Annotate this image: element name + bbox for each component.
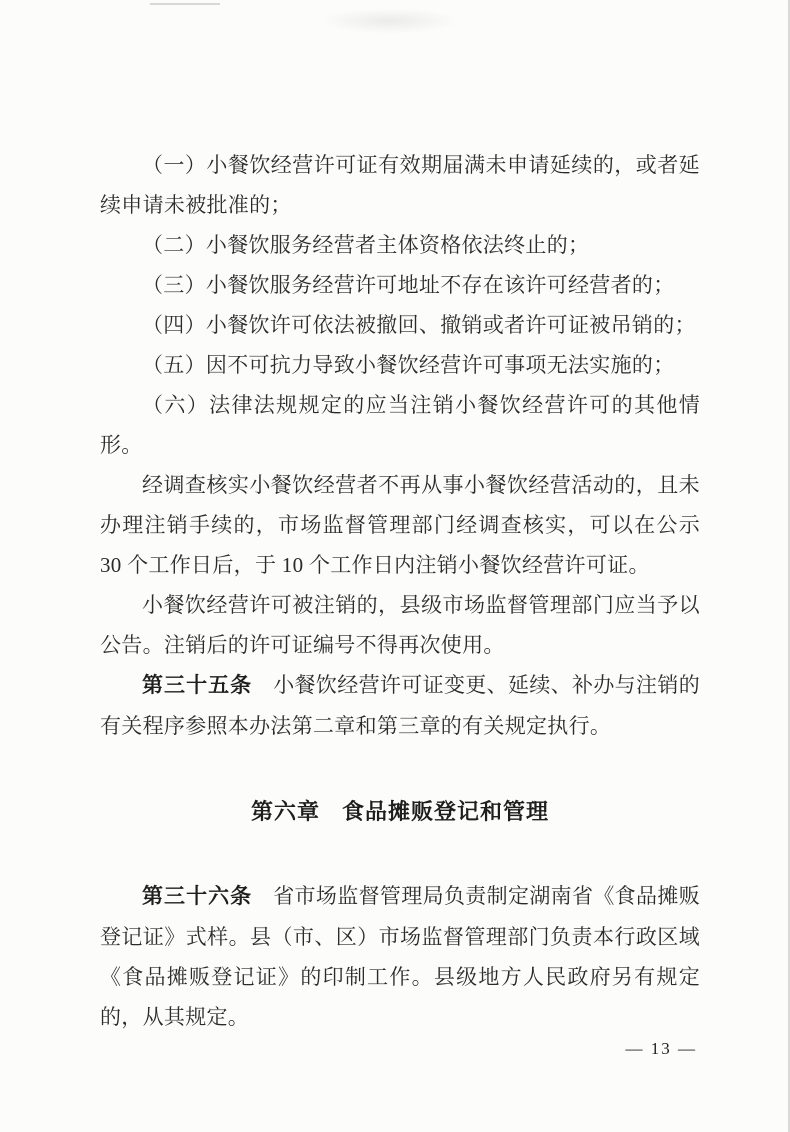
clause-4: （四）小餐饮许可依法被撤回、撤销或者许可证被吊销的； bbox=[100, 305, 700, 345]
article-35: 第三十五条小餐饮经营许可证变更、延续、补办与注销的有关程序参照本办法第二章和第三… bbox=[100, 665, 700, 746]
page-number: — 13 — bbox=[626, 1036, 698, 1062]
clause-6: （六）法律法规规定的应当注销小餐饮经营许可的其他情形。 bbox=[100, 385, 700, 465]
chapter-6-title: 食品摊贩登记和管理 bbox=[342, 799, 549, 824]
scan-artifact-line bbox=[150, 3, 220, 5]
chapter-6-number: 第六章 bbox=[251, 799, 320, 824]
scanned-document-page: （一）小餐饮经营许可证有效期届满未申请延续的，或者延续申请未被批准的； （二）小… bbox=[0, 0, 790, 1132]
article-36: 第三十六条省市场监督管理局负责制定湖南省《食品摊贩登记证》式样。县（市、区）市场… bbox=[100, 876, 700, 1037]
clause-1: （一）小餐饮经营许可证有效期届满未申请延续的，或者延续申请未被批准的； bbox=[100, 145, 700, 225]
article-35-number: 第三十五条 bbox=[142, 674, 252, 697]
paragraph-deregistration-procedure: 经调查核实小餐饮经营者不再从事小餐饮经营活动的，且未办理注销手续的，市场监督管理… bbox=[100, 465, 700, 585]
article-36-number: 第三十六条 bbox=[142, 885, 252, 908]
clause-2: （二）小餐饮服务经营者主体资格依法终止的； bbox=[100, 225, 700, 265]
scan-artifact-smudge bbox=[320, 8, 460, 34]
clause-5: （五）因不可抗力导致小餐饮经营许可事项无法实施的； bbox=[100, 345, 700, 385]
chapter-6-heading: 第六章食品摊贩登记和管理 bbox=[100, 792, 700, 832]
paragraph-announcement: 小餐饮经营许可被注销的，县级市场监督管理部门应当予以公告。注销后的许可证编号不得… bbox=[100, 585, 700, 665]
clause-3: （三）小餐饮服务经营许可地址不存在该许可经营者的； bbox=[100, 265, 700, 305]
document-body: （一）小餐饮经营许可证有效期届满未申请延续的，或者延续申请未被批准的； （二）小… bbox=[100, 145, 700, 1037]
